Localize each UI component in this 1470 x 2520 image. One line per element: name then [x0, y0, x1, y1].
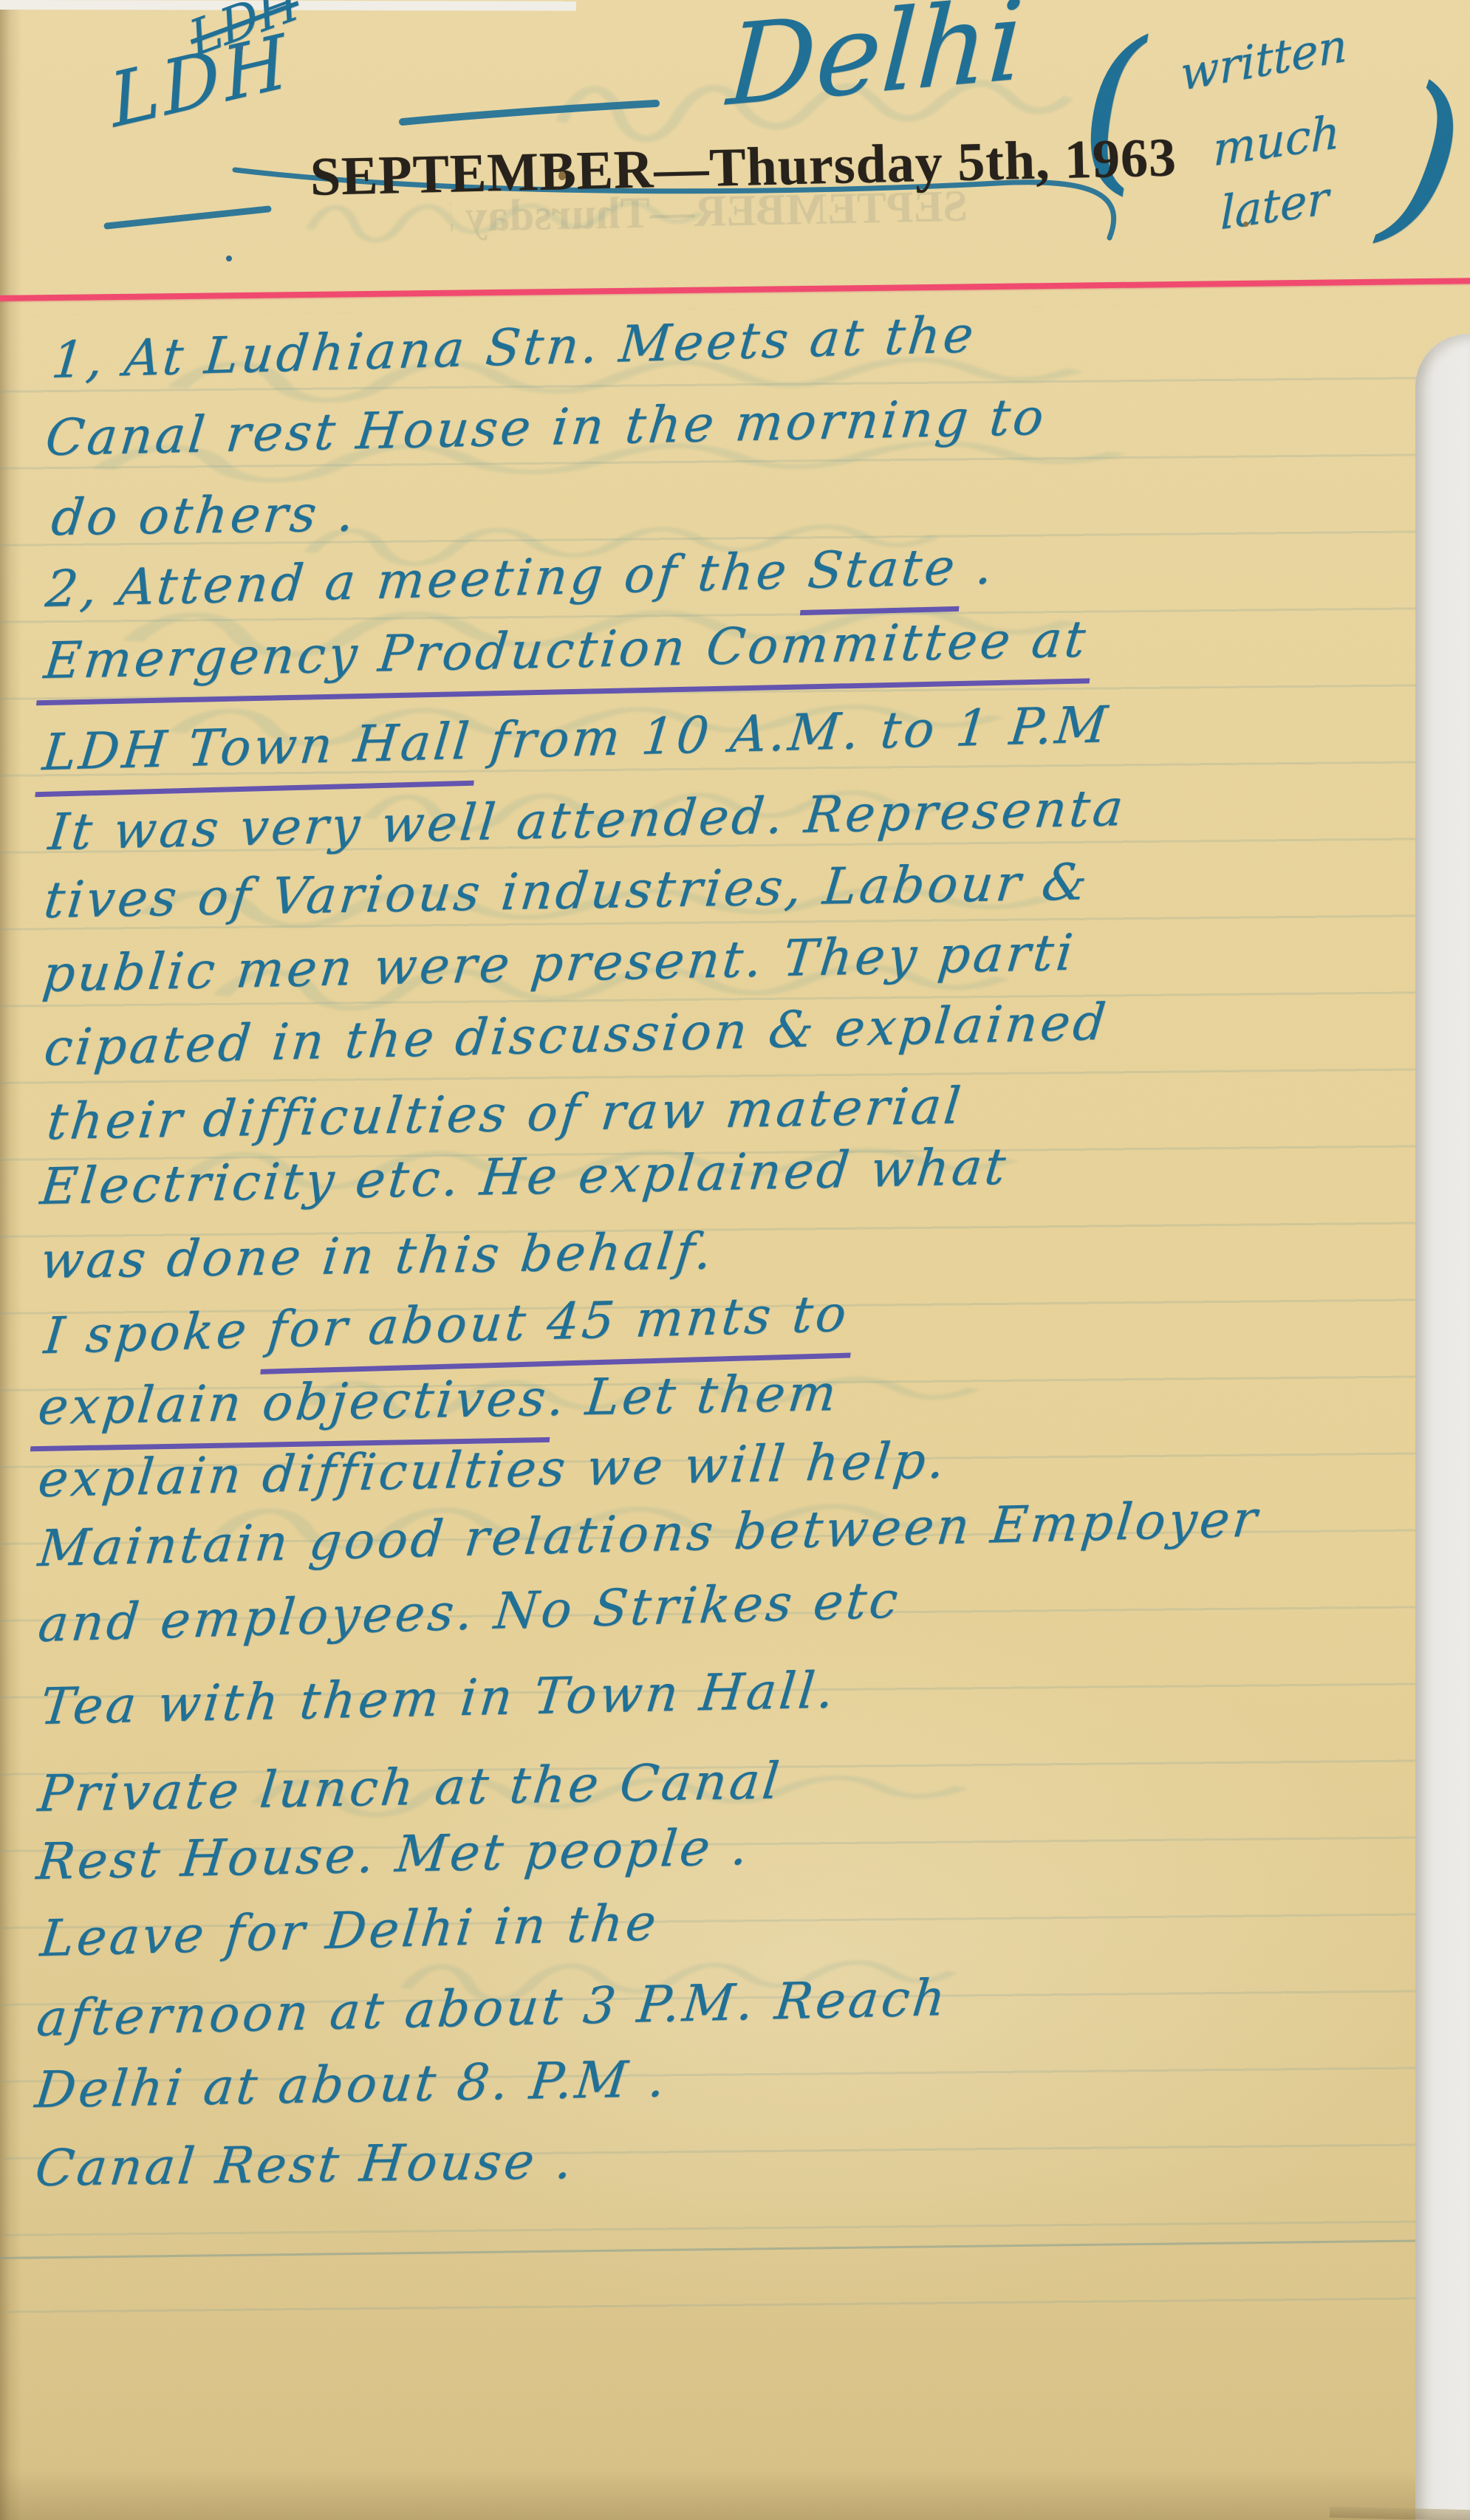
paper-stain: [558, 171, 566, 180]
handwritten-line: Private lunch at the Canal: [35, 1756, 784, 1820]
handwritten-line: Canal Rest House .: [33, 2137, 577, 2194]
line-text: . Let them: [545, 1364, 842, 1428]
handwritten-line: Delhi at about 8. P.M .: [33, 2055, 670, 2116]
handwritten-line: explain objectives. Let them: [35, 1369, 841, 1433]
place-delhi-handwritten: Delhi: [725, 0, 1026, 123]
line-text: do others .: [49, 485, 360, 547]
underlined-text: LDH Town Hall: [35, 712, 480, 797]
line-text: Delhi at about 8. P.M .: [33, 2050, 671, 2120]
paper-stain: [1243, 222, 1248, 227]
underlined-text: State: [800, 538, 966, 616]
line-text: was done in this behalf.: [38, 1222, 718, 1290]
line-text: Canal Rest House .: [33, 2132, 578, 2198]
ink-speck: [236, 44, 243, 51]
scanned-diary-page: { "page": { "header": { "scribble_crosse…: [0, 0, 1470, 2520]
handwritten-line: Rest House. Met people .: [35, 1823, 753, 1888]
ink-speck: [226, 256, 232, 261]
handwritten-line: was done in this behalf.: [38, 1227, 717, 1287]
line-text: .: [954, 537, 998, 596]
underlined-text: explain objectives: [30, 1369, 557, 1451]
scan-backdrop-right-notch: [1415, 334, 1470, 2520]
line-text: I spoke: [41, 1301, 270, 1366]
note-word-later: later: [1220, 175, 1329, 236]
handwritten-line: do others .: [49, 489, 359, 544]
